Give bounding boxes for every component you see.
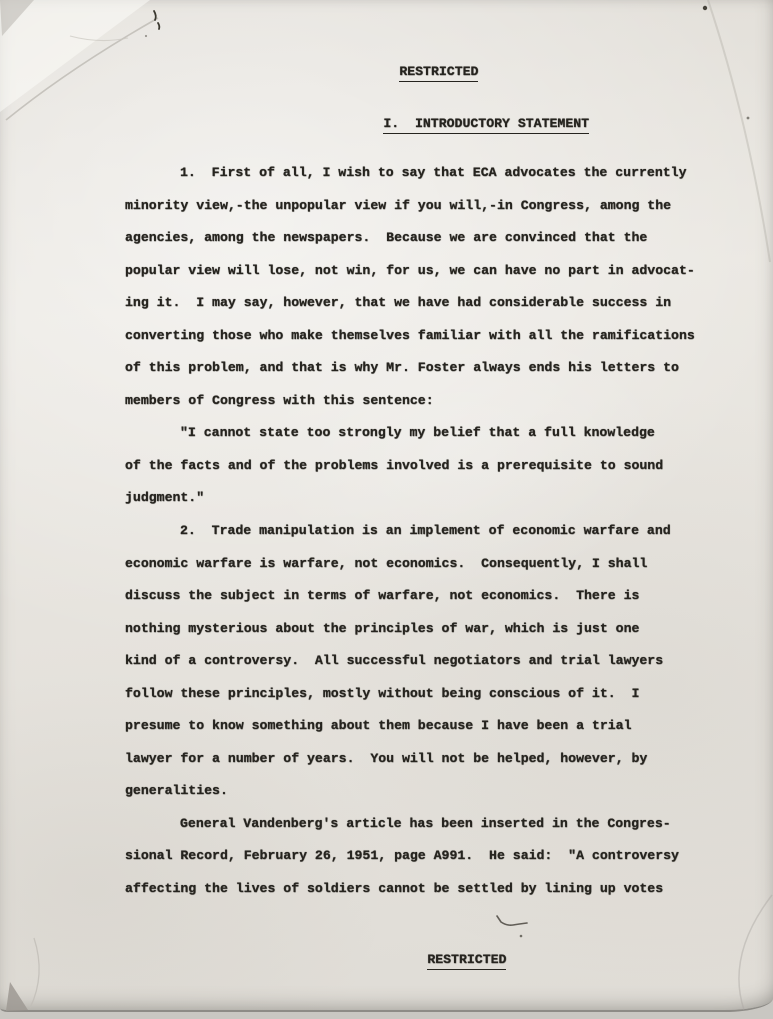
text-line: converting those who make themselves fam… [125, 320, 745, 353]
text-line: General Vandenberg's article has been in… [125, 808, 745, 841]
document-page: RESTRICTED I. INTRODUCTORY STATEMENT 1. … [0, 0, 773, 1012]
text-line: of the facts and of the problems involve… [125, 450, 745, 483]
text-line: presume to know something about them bec… [125, 710, 745, 743]
text-line: "I cannot state too strongly my belief t… [125, 417, 745, 450]
text-line: lawyer for a number of years. You will n… [125, 743, 745, 776]
classification-banner-top: RESTRICTED [336, 49, 478, 97]
text-line: nothing mysterious about the principles … [125, 613, 745, 646]
text-line: follow these principles, mostly without … [125, 678, 745, 711]
text-line: judgment." [125, 482, 745, 515]
document-title-text: I. INTRODUCTORY STATEMENT [383, 116, 589, 134]
text-line: sional Record, February 26, 1951, page A… [125, 840, 745, 873]
classification-top-text: RESTRICTED [399, 64, 478, 82]
paragraph: 1. First of all, I wish to say that ECA … [125, 157, 745, 417]
scan-background: RESTRICTED I. INTRODUCTORY STATEMENT 1. … [0, 0, 773, 1019]
text-line: discuss the subject in terms of warfare,… [125, 580, 745, 613]
paragraph: "I cannot state too strongly my belief t… [125, 417, 745, 515]
text-line: affecting the lives of soldiers cannot b… [125, 873, 745, 906]
text-line: generalities. [125, 775, 745, 808]
classification-bottom-text: RESTRICTED [427, 952, 506, 970]
text-line: kind of a controversy. All successful ne… [125, 645, 745, 678]
text-line: of this problem, and that is why Mr. Fos… [125, 352, 745, 385]
text-line: agencies, among the newspapers. Because … [125, 222, 745, 255]
text-line: 2. Trade manipulation is an implement of… [125, 515, 745, 548]
text-line: 1. First of all, I wish to say that ECA … [125, 157, 745, 190]
classification-banner-bottom: RESTRICTED [364, 937, 506, 985]
paragraph: 2. Trade manipulation is an implement of… [125, 515, 745, 808]
text-line: minority view,-the unpopular view if you… [125, 190, 745, 223]
text-layer: RESTRICTED I. INTRODUCTORY STATEMENT 1. … [0, 0, 773, 1010]
paragraph: General Vandenberg's article has been in… [125, 808, 745, 906]
text-line: members of Congress with this sentence: [125, 385, 745, 418]
document-title: I. INTRODUCTORY STATEMENT [320, 101, 589, 149]
document-body: 1. First of all, I wish to say that ECA … [125, 157, 745, 906]
text-line: popular view will lose, not win, for us,… [125, 255, 745, 288]
text-line: ing it. I may say, however, that we have… [125, 287, 745, 320]
text-line: economic warfare is warfare, not economi… [125, 548, 745, 581]
